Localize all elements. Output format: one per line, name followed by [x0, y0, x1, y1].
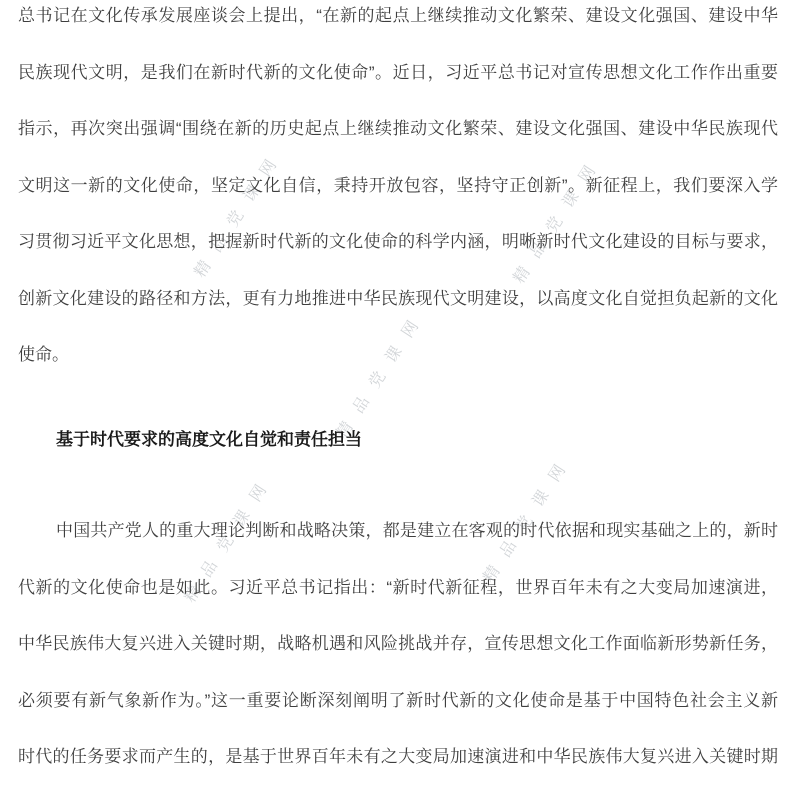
- paragraph1-line-1: 总书记在文化传承发展座谈会上提出，“在新的起点上继续推动文化繁荣、建设文化强国、…: [18, 0, 778, 45]
- paragraph1-line-2: 民族现代文明，是我们在新时代新的文化使命”。近日，习近平总书记对宣传思想文化工作…: [18, 45, 778, 102]
- paragraph1-line-5: 习贯彻习近平文化思想，把握新时代新的文化使命的科学内涵，明晰新时代文化建设的目标…: [18, 214, 778, 271]
- paragraph1-line-4: 文明这一新的文化使命，坚定文化自信，秉持开放包容，坚持守正创新”。新征程上，我们…: [18, 158, 778, 215]
- paragraph2-line-4: 必须要有新气象新作为。”这一重要论断深刻阐明了新时代新的文化使命是基于中国特色社…: [18, 673, 778, 730]
- paragraph2-line-5: 时代的任务要求而产生的，是基于世界百年未有之大变局加速演进和中华民族伟大复兴进入…: [18, 729, 778, 786]
- paragraph1-line-6: 创新文化建设的路径和方法，更有力地推进中华民族现代文明建设，以高度文化自觉担负起…: [18, 271, 778, 328]
- paragraph-1: 总书记在文化传承发展座谈会上提出，“在新的起点上继续推动文化繁荣、建设文化强国、…: [18, 0, 778, 384]
- spacer-before-heading: [18, 384, 778, 413]
- document-page: 精品党课网 精品党课网 精品党课网 精品党课网 精品党课网 总书记在文化传承发展…: [0, 0, 800, 800]
- paragraph2-line-3: 中华民族伟大复兴进入关键时期，战略机遇和风险挑战并存，宣传思想文化工作面临新形势…: [18, 616, 778, 673]
- paragraph1-line-7: 使命。: [18, 327, 778, 384]
- spacer-after-heading: [18, 469, 778, 504]
- document-content: 总书记在文化传承发展座谈会上提出，“在新的起点上继续推动文化繁荣、建设文化强国、…: [18, 0, 778, 786]
- paragraph1-line-3: 指示，再次突出强调“围绕在新的历史起点上继续推动文化繁荣、建设文化强国、建设中华…: [18, 101, 778, 158]
- paragraph2-line-1: 中国共产党人的重大理论判断和战略决策，都是建立在客观的时代依据和现实基础之上的，…: [18, 503, 778, 560]
- section-heading: 基于时代要求的高度文化自觉和责任担当: [18, 412, 778, 469]
- paragraph2-line-2: 代新的文化使命也是如此。习近平总书记指出：“新时代新征程，世界百年未有之大变局加…: [18, 560, 778, 617]
- paragraph-2: 中国共产党人的重大理论判断和战略决策，都是建立在客观的时代依据和现实基础之上的，…: [18, 503, 778, 786]
